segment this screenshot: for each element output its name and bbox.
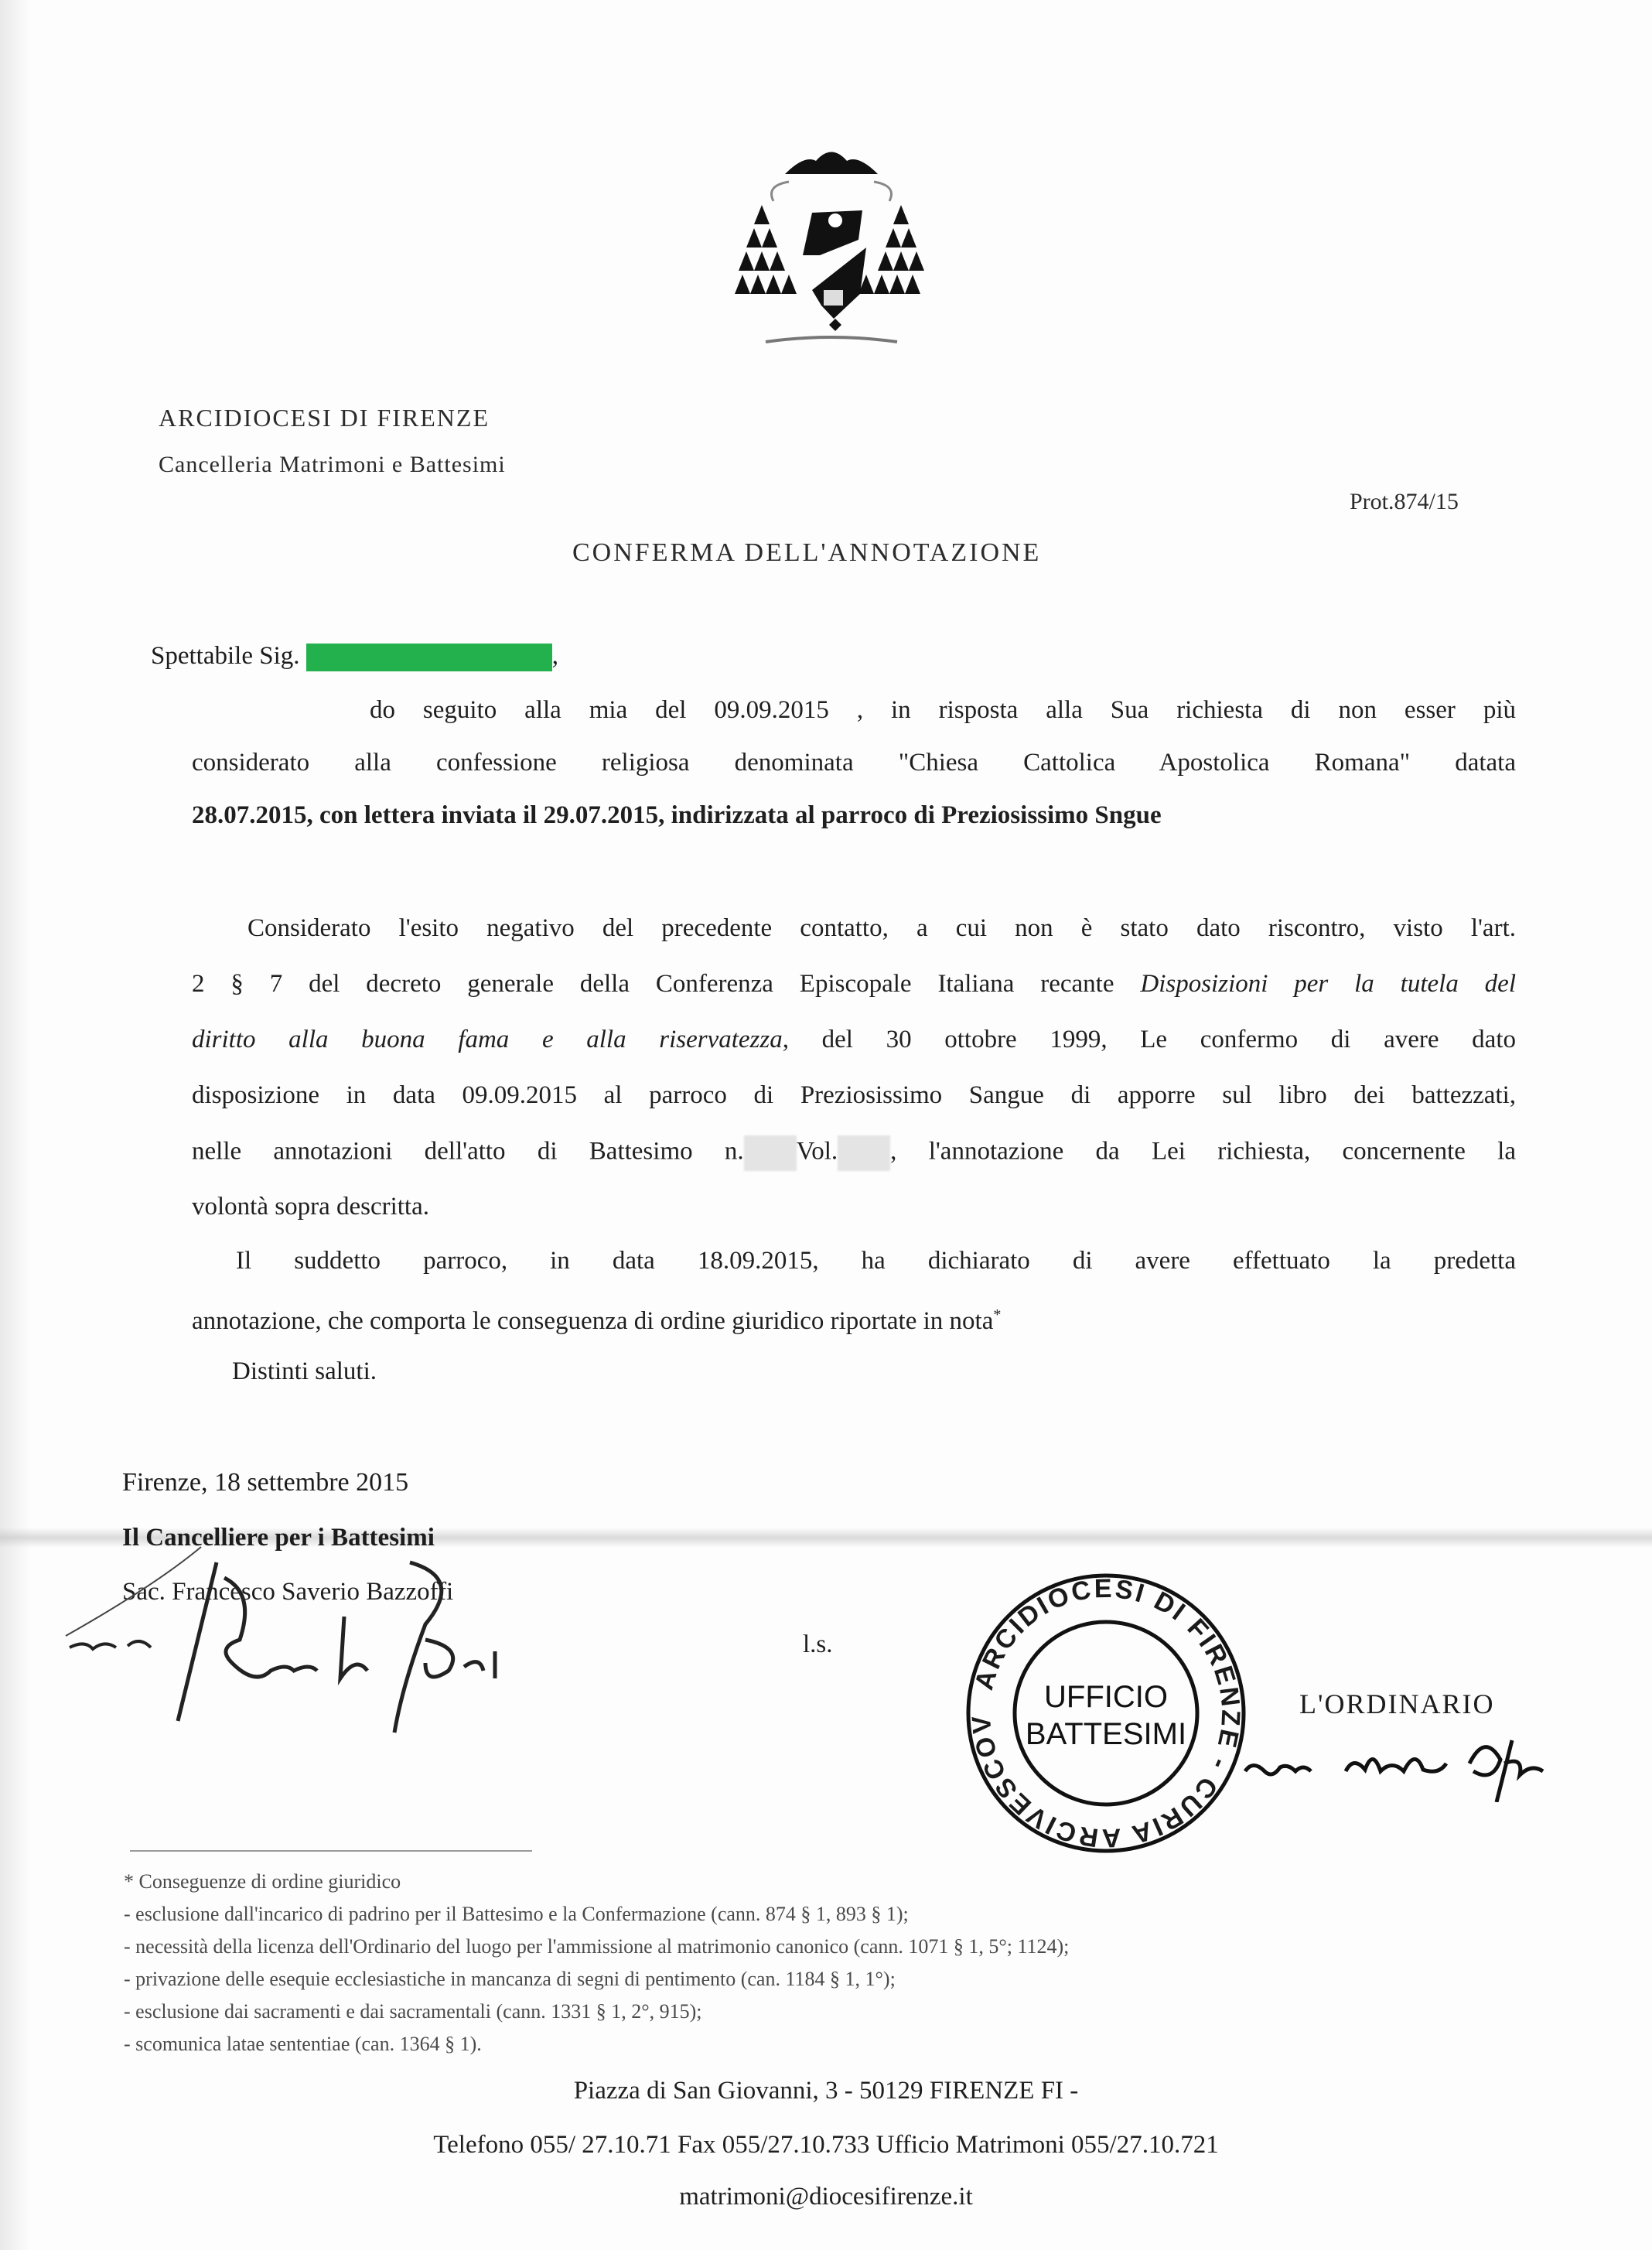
- protocol-number: Prot.874/15: [1350, 489, 1459, 515]
- p2-l3-italic: diritto alla buona fama e alla riservate…: [192, 1026, 783, 1053]
- salutation-prefix: Spettabile Sig.: [151, 642, 300, 670]
- paragraph1-line2: considerato alla confessione religiosa d…: [192, 747, 1516, 778]
- footnote-item: - necessità della licenza dell'Ordinario…: [124, 1935, 1069, 1958]
- document-title: CONFERMA DELL'ANNOTAZIONE: [572, 538, 1041, 568]
- p2-l5-a: nelle annotazioni dell'atto di Battesimo…: [192, 1138, 744, 1166]
- p3-l2-text: annotazione, che comporta le conseguenza…: [192, 1307, 993, 1335]
- recipient-name-redaction: [306, 644, 552, 671]
- p2-l2-plain: 2 § 7 del decreto generale della Confere…: [192, 970, 1140, 998]
- volume-number-redaction: [838, 1135, 890, 1171]
- p2-l3-plain: , del 30 ottobre 1999, Le confermo di av…: [783, 1026, 1516, 1053]
- footnote-item: - privazione delle esequie ecclesiastich…: [124, 1968, 896, 1991]
- closing: Distinti saluti.: [232, 1357, 377, 1386]
- ordinary-signature-icon: [1237, 1717, 1593, 1802]
- salutation-comma: ,: [552, 642, 558, 670]
- paragraph2-line6: volontà sopra descritta.: [192, 1191, 1516, 1222]
- footnote-item: - esclusione dai sacramenti e dai sacram…: [124, 2000, 702, 2023]
- paragraph3-line2: annotazione, che comporta le conseguenza…: [192, 1299, 1516, 1337]
- footer-address: Piazza di San Giovanni, 3 - 50129 FIRENZ…: [0, 2077, 1652, 2105]
- stamp-center-line2: BATTESIMI: [1026, 1717, 1186, 1751]
- footnote-item: - scomunica latae sententiae (can. 1364 …: [124, 2033, 482, 2056]
- chancellor-signature-icon: [62, 1531, 588, 1748]
- locus-sigilli: l.s.: [803, 1630, 833, 1659]
- ordinary-title: L'ORDINARIO: [1299, 1688, 1494, 1720]
- paragraph1-line3: 28.07.2015, con lettera inviata il 29.07…: [192, 800, 1516, 831]
- footer-email: matrimoni@diocesifirenze.it: [0, 2183, 1652, 2211]
- footnote-separator: [130, 1850, 532, 1852]
- paragraph2-line3: diritto alla buona fama e alla riservate…: [192, 1024, 1516, 1055]
- archbishop-coat-of-arms-icon: [735, 139, 928, 364]
- footnote-marker: *: [993, 1306, 1001, 1323]
- paragraph2-line2: 2 § 7 del decreto generale della Confere…: [192, 968, 1516, 999]
- baptism-office-stamp-icon: ARCIDIOCESI DI FIRENZE - CURIA ARCIVESCO…: [959, 1566, 1253, 1860]
- paragraph1-line1: do seguito alla mia del 09.09.2015 , in …: [370, 695, 1516, 726]
- p2-l2-italic: Disposizioni per la tutela del: [1140, 970, 1516, 998]
- stamp-center-line1: UFFICIO: [1044, 1680, 1168, 1714]
- paragraph2-line1: Considerato l'esito negativo del precede…: [247, 913, 1516, 944]
- scanned-letter-page: ARCIDIOCESI DI FIRENZE Cancelleria Matri…: [0, 0, 1652, 2250]
- footer-phones: Telefono 055/ 27.10.71 Fax 055/27.10.733…: [0, 2131, 1652, 2160]
- paragraph2-line5: nelle annotazioni dell'atto di Battesimo…: [192, 1135, 1516, 1171]
- letterhead-office: Cancelleria Matrimoni e Battesimi: [159, 452, 506, 478]
- salutation: Spettabile Sig. ,: [151, 642, 558, 671]
- paragraph2-line4: disposizione in data 09.09.2015 al parro…: [192, 1080, 1516, 1111]
- footnote-item: - esclusione dall'incarico di padrino pe…: [124, 1903, 909, 1926]
- scan-shadow-edge: [0, 0, 31, 2250]
- letterhead-org: ARCIDIOCESI DI FIRENZE: [159, 404, 490, 432]
- paragraph3-line1: Il suddetto parroco, in data 18.09.2015,…: [236, 1245, 1516, 1276]
- place-date: Firenze, 18 settembre 2015: [122, 1468, 408, 1497]
- p2-l5-b: Vol.: [797, 1138, 838, 1166]
- footnote-heading: * Conseguenze di ordine giuridico: [124, 1870, 401, 1893]
- p2-l5-c: , l'annotazione da Lei richiesta, concer…: [890, 1138, 1516, 1166]
- baptism-number-redaction: [744, 1135, 797, 1171]
